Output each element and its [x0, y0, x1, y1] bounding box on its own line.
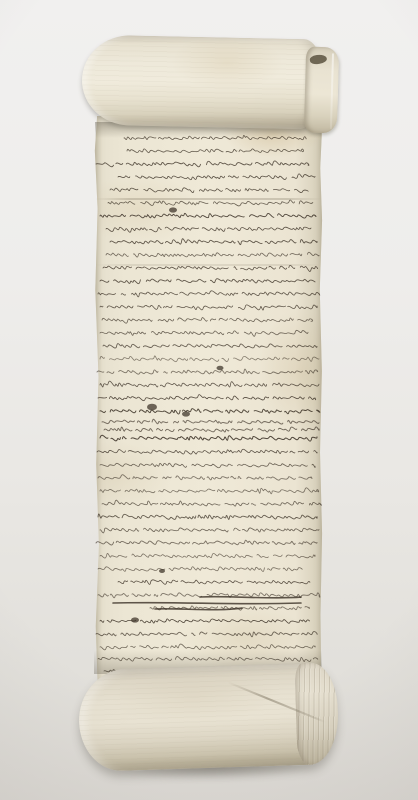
top-roll-contact-shadow [95, 122, 321, 138]
roll-paper-texture [81, 34, 324, 129]
bottom-roll-end-cap [294, 662, 339, 765]
bottom-roll [77, 662, 338, 772]
handwriting-layer [0, 0, 418, 800]
parchment-sheet [93, 116, 323, 696]
bottom-roll-crease [228, 681, 326, 723]
roll-paper-texture [77, 662, 338, 772]
top-roll-edge-flap [304, 47, 339, 134]
top-roll-cast-shadow [66, 102, 340, 136]
bottom-roll-cast-shadow [60, 740, 360, 788]
photograph-canvas [0, 0, 418, 800]
sheet-crease [95, 264, 321, 266]
top-roll [81, 34, 324, 129]
photo-vignette [0, 0, 418, 800]
sheet-crease [95, 198, 321, 200]
bottom-roll-contact-shadow [94, 650, 322, 674]
